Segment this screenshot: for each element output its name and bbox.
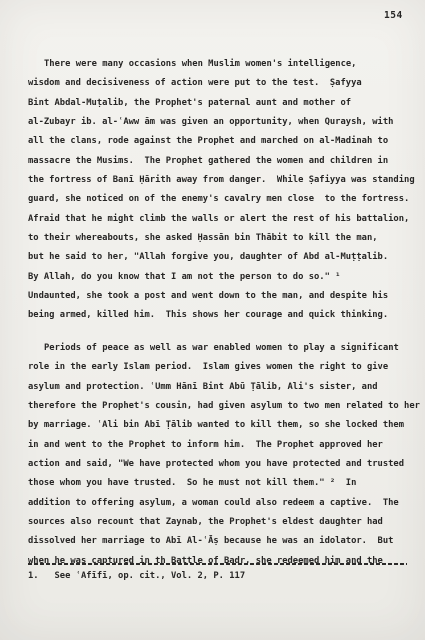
text-line: al-Zubayr ib. al-ʿAww ām was given an op… (28, 113, 421, 132)
text-line: Bint Abdal-Muṭalib, the Prophet's patern… (28, 94, 421, 113)
text-line: the fortress of Banī Ḥārith away from da… (28, 171, 421, 190)
text-line: massacre the Musims. The Prophet gathere… (28, 152, 421, 171)
paragraph-1: There were many occasions when Muslim wo… (28, 55, 421, 326)
text-line: being armed, killed him. This shows her … (28, 306, 421, 325)
text-line: There were many occasions when Muslim wo… (28, 55, 421, 74)
text-line: to their whereabouts, she asked Ḥassān b… (28, 229, 421, 248)
page-number: 154 (384, 10, 403, 21)
text-line: those whom you have trusted. So he must … (28, 474, 421, 493)
text-line: guard, she noticed on of the enemy's cav… (28, 190, 421, 209)
text-line: sources also recount that Zaynab, the Pr… (28, 513, 421, 532)
text-line: dissolved her marriage to Abī Al-ʿĀṣ bec… (28, 532, 421, 551)
text-line: but he said to her, "Allah forgive you, … (28, 248, 421, 267)
paragraph-2: Periods of peace as well as war enabled … (28, 339, 421, 571)
text-line: in and went to the Prophet to inform him… (28, 436, 421, 455)
text-line: Afraid that he might climb the walls or … (28, 210, 421, 229)
scanned-document-page: 154 There were many occasions when Musli… (0, 0, 425, 640)
text-line: wisdom and decisiveness of action were p… (28, 74, 421, 93)
page-body-text: There were many occasions when Muslim wo… (28, 55, 421, 587)
text-line: by marriage. ʿAli bin Abī Ṭālib wanted t… (28, 416, 421, 435)
text-line: role in the early Islam period. Islam gi… (28, 358, 421, 377)
text-line: all the clans, rode against the Prophet … (28, 132, 421, 151)
text-line: asylum and protection. ʿUmm Hānī Bint Ab… (28, 378, 421, 397)
text-line: Undaunted, she took a post and went down… (28, 287, 421, 306)
text-line: therefore the Prophet's cousin, had give… (28, 397, 421, 416)
text-line: Periods of peace as well as war enabled … (28, 339, 421, 358)
text-line: addition to offering asylum, a woman cou… (28, 494, 421, 513)
text-line: By Allah, do you know that I am not the … (28, 268, 421, 287)
text-line: action and said, "We have protected whom… (28, 455, 421, 474)
